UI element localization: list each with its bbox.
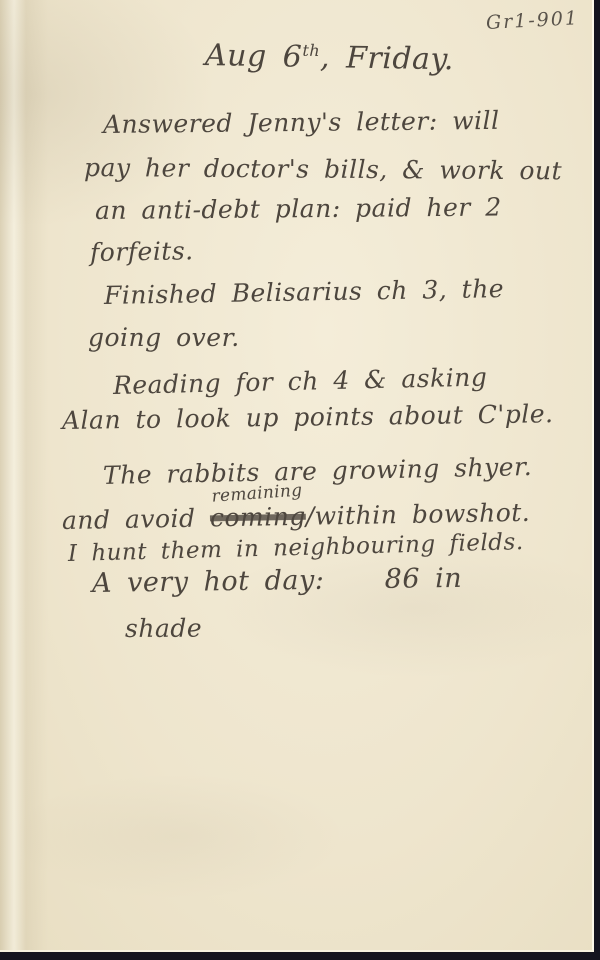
heading-ordinal: th	[302, 41, 320, 60]
diary-line: A very hot day: 86 in	[92, 563, 463, 599]
diary-line: an anti-debt plan: paid her 2	[95, 192, 502, 225]
struck-out-word: coming	[210, 502, 306, 533]
diary-line-with-correction: remainingand avoid coming/within bowshot…	[62, 498, 531, 535]
diary-line: Reading for ch 4 & asking	[113, 363, 488, 400]
date-heading: Aug 6th, Friday.	[205, 38, 455, 77]
heading-day: , Friday.	[320, 40, 455, 77]
scanned-page: Gr1-901 Aug 6th, Friday. Answered Jenny'…	[0, 0, 600, 960]
diary-line: Finished Belisarius ch 3, the	[104, 274, 505, 310]
correction-before: and avoid	[62, 503, 210, 535]
diary-line: I hunt them in neighbouring fields.	[68, 529, 524, 567]
diary-line: going over.	[88, 323, 240, 352]
diary-line: Alan to look up points about C'ple.	[62, 399, 554, 435]
diary-line: pay her doctor's bills, & work out	[84, 153, 562, 185]
heading-date: Aug 6	[205, 38, 303, 75]
paper: Gr1-901 Aug 6th, Friday. Answered Jenny'…	[0, 0, 594, 952]
correction-after: /within bowshot.	[306, 498, 531, 531]
diary-line: The rabbits are growing shyer.	[103, 452, 533, 490]
diary-line: Answered Jenny's letter: will	[103, 106, 500, 139]
diary-line: shade	[125, 614, 202, 643]
diary-line: forfeits.	[90, 236, 194, 267]
catalog-number: Gr1-901	[485, 7, 579, 34]
